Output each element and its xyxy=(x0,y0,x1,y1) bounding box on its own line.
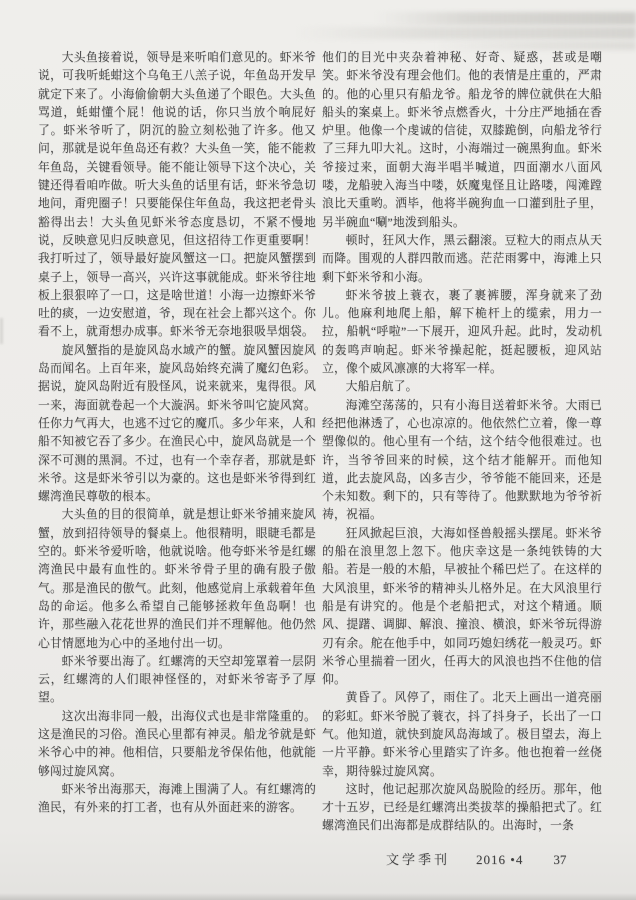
paragraph: 这时，他记起那次旋风岛脱险的经历。那年，他才十五岁，已经是红螺湾出类拔萃的操船把… xyxy=(322,780,602,835)
footer-journal-title: 文学季刊 xyxy=(386,849,450,868)
footer-page-number: 37 xyxy=(553,852,566,868)
paragraph: 虾米爷出海那天，海滩上围满了人。有红螺湾的渔民，有外来的打工者，也有从外面赶来的… xyxy=(38,780,316,817)
scan-streak-artifact xyxy=(376,12,636,25)
paragraph: 黄昏了。风停了，雨住了。北天上画出一道亮丽的彩虹。虾米爷脱了蓑衣，抖了抖身子，长… xyxy=(322,688,602,779)
paragraph: 这次出海非同一般，出海仪式也是非常隆重的。这是渔民的习俗。渔民心里都有神灵。船龙… xyxy=(38,707,316,780)
paragraph: 虾米爷要出海了。红螺湾的天空却笼罩着一层阴云，红螺湾的人们眼神怪怪的，对虾米爷寄… xyxy=(38,652,316,707)
scan-edge-artifact xyxy=(0,318,3,344)
scan-bottom-shadow xyxy=(0,893,636,900)
footer-issue: 2016 •4 xyxy=(476,852,523,868)
text-column-right: 他们的目光中夹杂着神秘、好奇、疑惑，甚或是嘲笑。虾米爷没有理会他们。他的表情是庄… xyxy=(322,48,602,835)
paragraph: 旋风蟹指的是旋风岛水域产的蟹。旋风蟹因旋风岛而闻名。上百年来，旋风岛始终充满了魔… xyxy=(38,341,316,506)
text-column-left: 大头鱼接着说，领导是来听咱们意见的。虾米爷说，可我听蚝蚶这个乌龟王八羔子说，年鱼… xyxy=(38,48,316,816)
paragraph: 虾米爷披上蓑衣，裹了裹裤腰，浑身就来了劲儿。他麻利地爬上船，解下桅杆上的缆索，用… xyxy=(322,286,602,377)
paragraph: 大头鱼的目的很简单，就是想让虾米爷捕来旋风蟹，放到招待领导的餐桌上。他很精明，眼… xyxy=(38,505,316,651)
scanned-page: 大头鱼接着说，领导是来听咱们意见的。虾米爷说，可我听蚝蚶这个乌龟王八羔子说，年鱼… xyxy=(0,0,636,900)
scan-streak-artifact xyxy=(296,27,636,39)
paragraph: 海滩空荡荡的，只有小海目送着虾米爷。大雨已经把他淋透了，心也凉凉的。他依然伫立着… xyxy=(322,396,602,524)
paragraph: 顿时，狂风大作，黑云翻滚。豆粒大的雨点从天而降。围观的人群四散而逃。茫茫雨雾中，… xyxy=(322,231,602,286)
paragraph: 他们的目光中夹杂着神秘、好奇、疑惑，甚或是嘲笑。虾米爷没有理会他们。他的表情是庄… xyxy=(322,48,602,231)
page-footer: 文学季刊 2016 •4 37 xyxy=(322,849,612,868)
paragraph: 狂风掀起巨浪，大海如怪兽般摇头摆尾。虾米爷的船在浪里忽上忽下。他庆幸这是一条纯铁… xyxy=(322,524,602,689)
paragraph: 大头鱼接着说，领导是来听咱们意见的。虾米爷说，可我听蚝蚶这个乌龟王八羔子说，年鱼… xyxy=(38,48,316,341)
paragraph: 大船启航了。 xyxy=(322,377,602,395)
